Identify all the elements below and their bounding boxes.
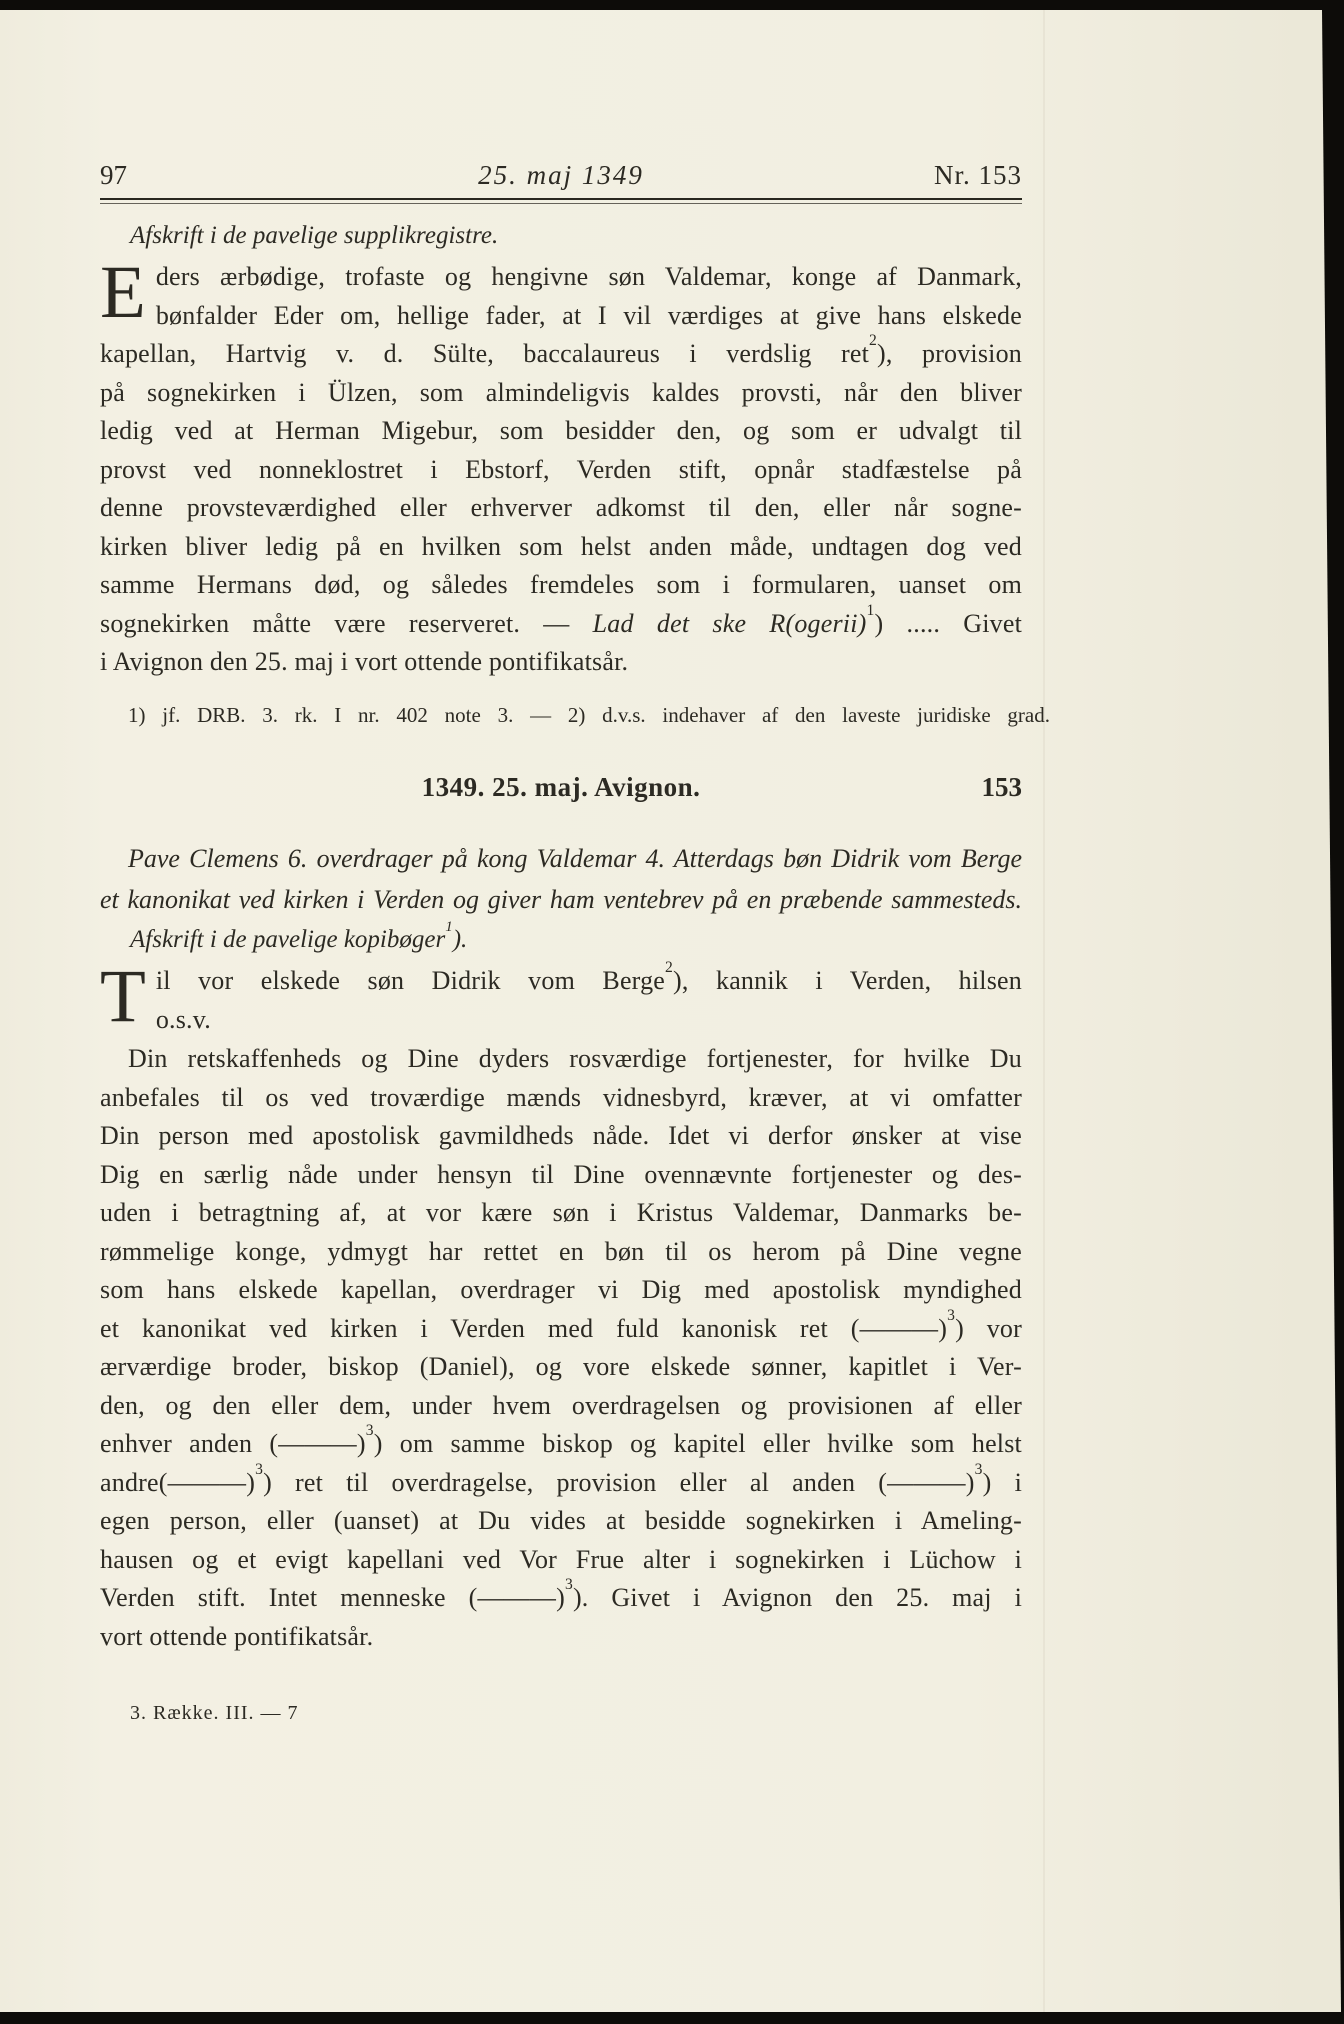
header-date: 25. maj 1349 [100,160,1022,191]
dropcap-e: E [100,258,156,332]
text-line: rømmelige konge, ydmygt har rettet en bø… [100,1233,1022,1272]
letter1-lines: ders ærbødige, trofaste og hengivne søn … [100,258,1022,682]
running-header: 97 25. maj 1349 Nr. 153 [100,160,1022,194]
text-line: ledig ved at Herman Migebur, som besidde… [100,412,1022,451]
header-rule [100,198,1022,204]
text-line: sognekirken måtte være reserveret. — Lad… [100,605,1022,644]
paper-page: 97 25. maj 1349 Nr. 153 Afskrift i de pa… [0,10,1344,2012]
text-line: et kanonikat ved kirken i Verden med ful… [100,1310,1022,1349]
text-line: Din retskaffenheds og Dine dyders rosvær… [100,1040,1022,1079]
text-line: kirken bliver ledig på en hvilken som he… [100,528,1022,567]
text-line: egen person, eller (uanset) at Du vides … [100,1502,1022,1541]
volume-signature: 3. Række. III. — 7 [100,1702,1052,1725]
text-line: kapellan, Hartvig v. d. Sülte, baccalaur… [100,335,1022,374]
text-line: andre(———)3) ret til overdragelse, provi… [100,1464,1022,1503]
text-line: den, og den eller dem, under hvem overdr… [100,1387,1022,1426]
text-line: il vor elskede søn Didrik vom Berge2), k… [100,962,1022,1001]
dropcap-t: T [100,962,156,1036]
scanned-book-page: 97 25. maj 1349 Nr. 153 Afskrift i de pa… [0,0,1344,2024]
text-line: enhver anden (———)3) om samme biskop og … [100,1425,1022,1464]
entry-heading: 1349. 25. maj. Avignon. 153 [100,772,1022,806]
footnotes-line: 1) jf. DRB. 3. rk. I nr. 402 note 3. — 2… [100,702,1050,728]
text-line: samme Hermans død, og således fremdeles … [100,566,1022,605]
letter1-body: E ders ærbødige, trofaste og hengivne sø… [100,258,1022,682]
text-line: provst ved nonneklostret i Ebstorf, Verd… [100,451,1022,490]
letter2-body-lines: Din retskaffenheds og Dine dyders rosvær… [100,1040,1022,1656]
text-line: Verden stift. Intet menneske (———)3). Gi… [100,1579,1022,1618]
letter2-summary: Pave Clemens 6. overdrager på kong Valde… [100,838,1022,920]
letter2-salutation: T il vor elskede søn Didrik vom Berge2),… [100,962,1022,1039]
header-entry-number: Nr. 153 [934,160,1022,191]
text-line: ærværdige broder, biskop (Daniel), og vo… [100,1348,1022,1387]
text-line: et kanonikat ved kirken i Verden og give… [100,879,1022,920]
letter2-body: Din retskaffenheds og Dine dyders rosvær… [100,1040,1022,1656]
source-note-kopiboger: Afskrift i de pavelige kopibøger1). [100,926,1052,954]
text-line: bønfalder Eder om, hellige fader, at I v… [100,297,1022,336]
letter2-salutation-lines: il vor elskede søn Didrik vom Berge2), k… [100,962,1022,1039]
text-line: vort ottende pontifikatsår. [100,1618,1022,1657]
text-line: denne provsteværdighed eller erhverver a… [100,489,1022,528]
text-line: Pave Clemens 6. overdrager på kong Valde… [100,838,1022,879]
text-line: anbefales til os ved troværdige mænds vi… [100,1079,1022,1118]
text-line: på sognekirken i Ülzen, som almindeligvi… [100,374,1022,413]
text-line: hausen og et evigt kapellani ved Vor Fru… [100,1541,1022,1580]
text-line: i Avignon den 25. maj i vort ottende pon… [100,643,1022,682]
entry-dateline: 1349. 25. maj. Avignon. [100,772,1022,803]
text-line: som hans elskede kapellan, overdrager vi… [100,1271,1022,1310]
text-line: ders ærbødige, trofaste og hengivne søn … [100,258,1022,297]
text-line: o.s.v. [100,1001,1022,1040]
page-number: 97 [100,160,127,191]
text-line: Dig en særlig nåde under hensyn til Dine… [100,1156,1022,1195]
entry-number: 153 [982,772,1023,803]
text-line: Din person med apostolisk gavmildheds nå… [100,1117,1022,1156]
source-note-supplikregistre: Afskrift i de pavelige supplikregistre. [100,222,1052,250]
text-line: uden i betragtning af, at vor kære søn i… [100,1194,1022,1233]
